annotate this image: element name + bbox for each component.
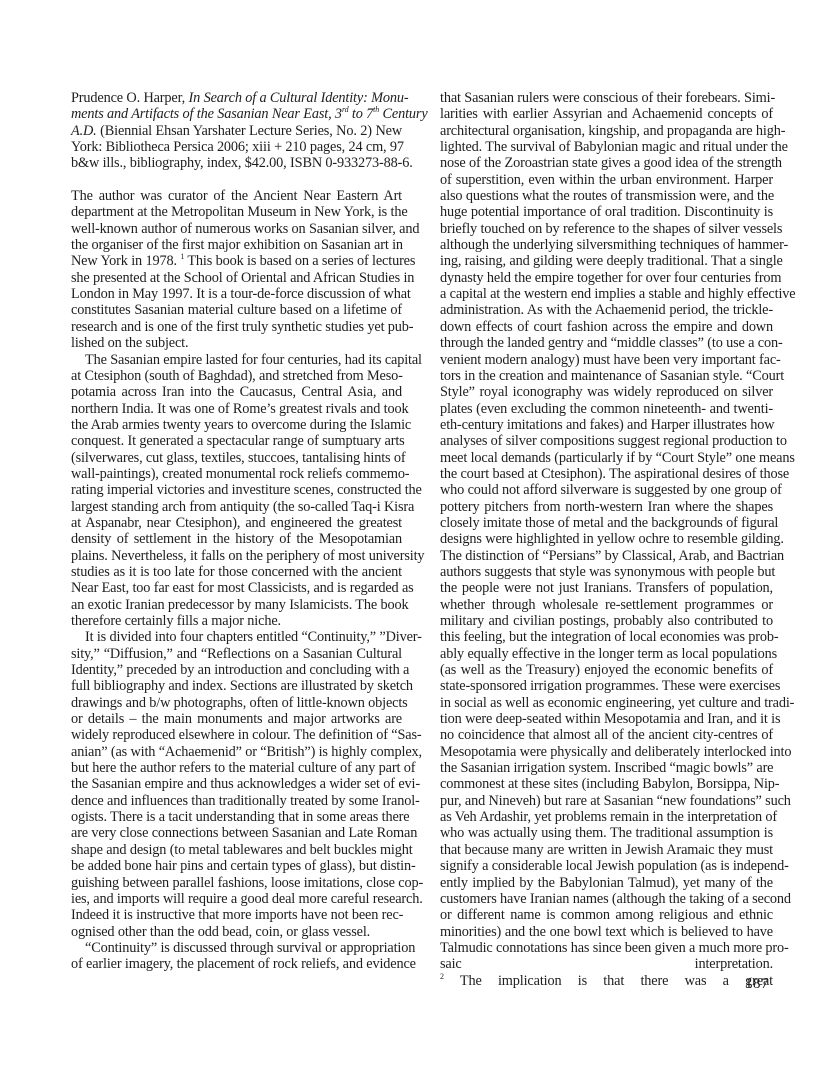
text-line: although the underlying silversmithing t…: [440, 237, 773, 253]
text-line: Mesopotamia were physically and delibera…: [440, 744, 773, 760]
text-line: density of settlement in the history of …: [71, 531, 402, 547]
book-citation: Prudence O. Harper, In Search of a Cultu…: [71, 90, 402, 172]
text-line: the Arab armies twenty years to overcome…: [71, 417, 402, 433]
text-line: shape and design (to metal tablewares an…: [71, 842, 402, 858]
text-line: dence and influences than traditionally …: [71, 793, 402, 809]
text-line: Talmudic connotations has since been giv…: [440, 940, 773, 956]
text-line: The Sasanian empire lasted for four cent…: [71, 352, 402, 368]
text-line: research and is one of the first truly s…: [71, 319, 402, 335]
text-line: the court based at Ctesiphon). The aspir…: [440, 466, 773, 482]
text-line: who was actually using them. The traditi…: [440, 825, 773, 841]
text-line: rating imperial victories and investitur…: [71, 482, 402, 498]
text-line: (silverwares, cut glass, textiles, stucc…: [71, 450, 402, 466]
citation-line: b&w ills., bibliography, index, $42.00, …: [71, 155, 402, 171]
text-line: the Sasanian empire and thus acknowledge…: [71, 776, 402, 792]
text-line: as Veh Ardashir, yet problems remain in …: [440, 809, 773, 825]
text-line: military and civilian postings, probably…: [440, 613, 773, 629]
left-body: The author was curator of the Ancient Ne…: [71, 188, 402, 973]
text-line: briefly touched on by reference to the s…: [440, 221, 773, 237]
text-line: Identity,” preceded by an introduction a…: [71, 662, 402, 678]
text-line: the organiser of the first major exhibit…: [71, 237, 402, 253]
right-column: that Sasanian rulers were conscious of t…: [440, 90, 773, 989]
text-line: It is divided into four chapters entitle…: [71, 629, 402, 645]
text-line: of superstition, even within the urban e…: [440, 172, 773, 188]
text-line: through the landed gentry and “middle cl…: [440, 335, 773, 351]
text-line: nose of the Zoroastrian state gives a go…: [440, 155, 773, 171]
text-line: studies as it is too late for those conc…: [71, 564, 402, 580]
text-line: she presented at the School of Oriental …: [71, 270, 402, 286]
text-line: Near East, too far east for most Classic…: [71, 580, 402, 596]
text-line: (as well as the Treasury) enjoyed the ec…: [440, 662, 773, 678]
text-line: London in May 1997. It is a tour-de-forc…: [71, 286, 402, 302]
text-line: of earlier imagery, the placement of roc…: [71, 956, 402, 972]
text-line: architectural organisation, kingship, an…: [440, 123, 773, 139]
text-line: well-known author of numerous works on S…: [71, 221, 402, 237]
citation-line: York: Bibliotheca Persica 2006; xiii + 2…: [71, 139, 402, 155]
text-line: the people were not just Iranians. Trans…: [440, 580, 773, 596]
text-line: department at the Metropolitan Museum in…: [71, 204, 402, 220]
text-line: but here the author refers to the materi…: [71, 760, 402, 776]
text-line: full bibliography and index. Sections ar…: [71, 678, 402, 694]
text-line: lished on the subject.: [71, 335, 402, 351]
text-line: Indeed it is instructive that more impor…: [71, 907, 402, 923]
text-line: designs were highlighted in yellow ochre…: [440, 531, 773, 547]
text-line: larities with earlier Assyrian and Achae…: [440, 106, 773, 122]
text-line: ognised other than the odd bead, coin, o…: [71, 924, 402, 940]
text-line: guishing between parallel fashions, loos…: [71, 875, 402, 891]
text-line: ogists. There is a tacit understanding t…: [71, 809, 402, 825]
text-line: sity,” “Diffusion,” and “Reflections on …: [71, 646, 402, 662]
text-line: 2 The implication is that there was a gr…: [440, 973, 773, 989]
text-line: northern India. It was one of Rome’s gre…: [71, 401, 402, 417]
text-line: that Sasanian rulers were conscious of t…: [440, 90, 773, 106]
text-line: plains. Nevertheless, it falls on the pe…: [71, 548, 402, 564]
citation-line: A.D. (Biennial Ehsan Yarshater Lecture S…: [71, 123, 402, 139]
text-line: also questions what the routes of transm…: [440, 188, 773, 204]
text-line: analyses of silver compositions suggest …: [440, 433, 773, 449]
text-line: closely imitate those of metal and the b…: [440, 515, 773, 531]
text-line: customers have Iranian names (although t…: [440, 891, 773, 907]
text-line: huge potential importance of oral tradit…: [440, 204, 773, 220]
left-column: Prudence O. Harper, In Search of a Cultu…: [71, 90, 402, 973]
text-line: who could not afford silverware is sugge…: [440, 482, 773, 498]
text-line: be added bone hair pins and certain type…: [71, 858, 402, 874]
text-line: largest standing arch from antiquity (th…: [71, 499, 402, 515]
text-line: “Continuity” is discussed through surviv…: [71, 940, 402, 956]
text-line: therefore certainly fills a major niche.: [71, 613, 402, 629]
text-line: ing, raising, and gilding were deeply tr…: [440, 253, 773, 269]
text-line: administration. As with the Achaemenid p…: [440, 302, 773, 318]
text-line: ently implied by the Babylonian Talmud),…: [440, 875, 773, 891]
text-line: drawings and b/w photographs, often of l…: [71, 695, 402, 711]
text-line: The author was curator of the Ancient Ne…: [71, 188, 402, 204]
text-line: minorities) and the one bowl text which …: [440, 924, 773, 940]
text-line: or different name is common among religi…: [440, 907, 773, 923]
text-line: pur, and Nineveh) but rare at Sasanian “…: [440, 793, 773, 809]
text-line: tion were deep-seated within Mesopotamia…: [440, 711, 773, 727]
text-line: are very close connections between Sasan…: [71, 825, 402, 841]
text-line: or details – the main monuments and majo…: [71, 711, 402, 727]
text-line: authors suggests that style was synonymo…: [440, 564, 773, 580]
text-line: that because many are written in Jewish …: [440, 842, 773, 858]
text-line: venient modern analogy) must have been v…: [440, 352, 773, 368]
citation-line: ments and Artifacts of the Sasanian Near…: [71, 106, 402, 122]
text-line: no coincidence that almost all of the an…: [440, 727, 773, 743]
text-line: wall-paintings), created monumental rock…: [71, 466, 402, 482]
spacer: [71, 172, 402, 188]
text-line: meet local demands (particularly if by “…: [440, 450, 773, 466]
text-line: constitutes Sasanian material culture ba…: [71, 302, 402, 318]
text-line: potamia across Iran into the Caucasus, C…: [71, 384, 402, 400]
text-line: at Aspanabr, near Ctesiphon), and engine…: [71, 515, 402, 531]
text-line: the Sasanian irrigation system. Inscribe…: [440, 760, 773, 776]
text-line: a capital at the western end implies a s…: [440, 286, 773, 302]
text-line: down effects of court fashion across the…: [440, 319, 773, 335]
text-line: whether through wholesale re-settlement …: [440, 597, 773, 613]
footnote-ref[interactable]: 1: [180, 252, 184, 261]
text-line: ably equally effective in the longer ter…: [440, 646, 773, 662]
text-line: commonest at these sites (including Baby…: [440, 776, 773, 792]
text-line: anian” (as with “Achaemenid” or “British…: [71, 744, 402, 760]
citation-line: Prudence O. Harper, In Search of a Cultu…: [71, 90, 402, 106]
text-line: widely reproduced elsewhere in colour. T…: [71, 727, 402, 743]
text-line: dynasty held the empire together for ove…: [440, 270, 773, 286]
text-line: lighted. The survival of Babylonian magi…: [440, 139, 773, 155]
text-line: signify a considerable local Jewish popu…: [440, 858, 773, 874]
text-line: New York in 1978. 1 This book is based o…: [71, 253, 402, 269]
text-line: conquest. It generated a spectacular ran…: [71, 433, 402, 449]
text-line: pottery pitchers from north-western Iran…: [440, 499, 773, 515]
text-line: plates (even excluding the common ninete…: [440, 401, 773, 417]
text-line: this feeling, but the integration of loc…: [440, 629, 773, 645]
text-line: state-sponsored irrigation programmes. T…: [440, 678, 773, 694]
text-line: Style” royal iconography was widely repr…: [440, 384, 773, 400]
page-number: 187: [745, 976, 769, 993]
text-line: saic interpretation.: [440, 956, 773, 972]
text-line: in social as well as economic engineerin…: [440, 695, 773, 711]
text-line: an exotic Iranian predecessor by many Is…: [71, 597, 402, 613]
text-line: The distinction of “Persians” by Classic…: [440, 548, 773, 564]
text-line: eth-century imitations and fakes) and Ha…: [440, 417, 773, 433]
text-line: tors in the creation and maintenance of …: [440, 368, 773, 384]
text-line: ies, and imports will require a good dea…: [71, 891, 402, 907]
text-line: at Ctesiphon (south of Baghdad), and str…: [71, 368, 402, 384]
